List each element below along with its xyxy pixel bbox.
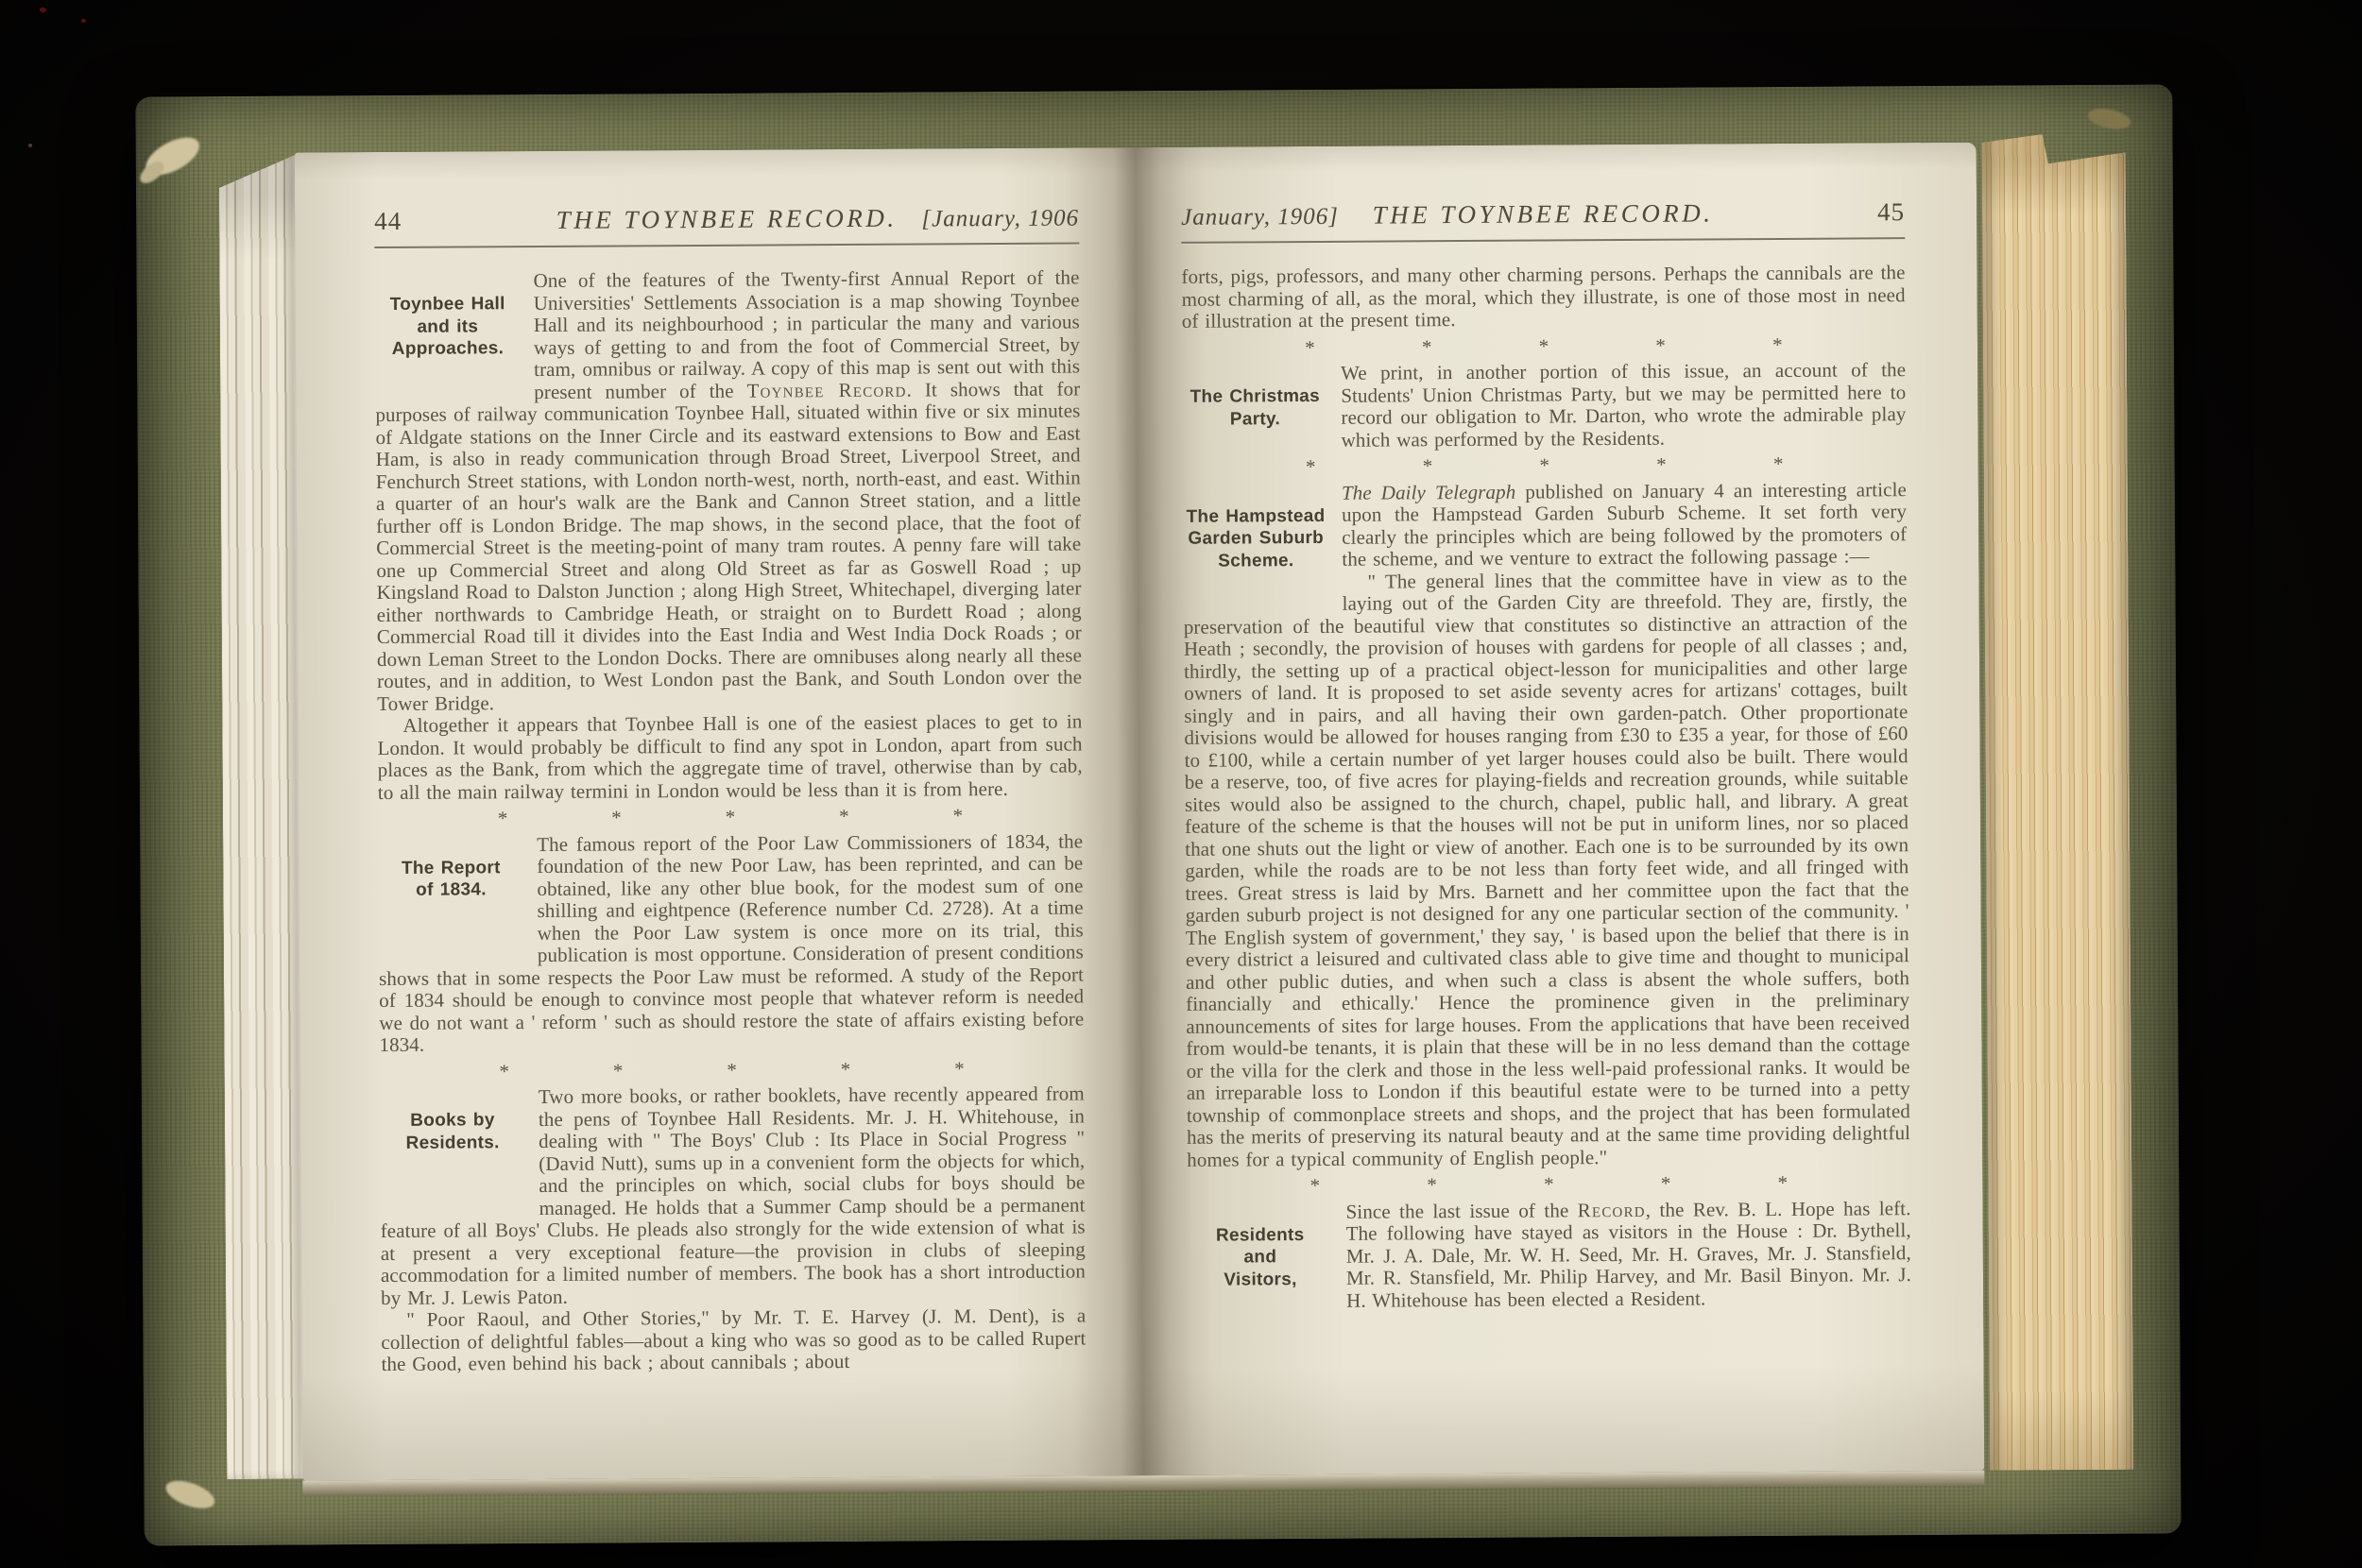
asterisk: * [1773,453,1784,476]
asterisk: * [726,807,736,829]
page-45: January, 1906] THE TOYNBEE RECORD. 45 fo… [1181,143,1913,1475]
asterisk: * [498,808,508,830]
paragraph-quote: " The general lines that the committee h… [1183,568,1910,1171]
page-44: 44 THE TOYNBEE RECORD. [January, 1906 To… [374,148,1087,1481]
asterisk: * [952,805,963,827]
asterisk: * [839,806,849,828]
sidenote-toynbee-hall-approaches: Toynbee Hall and its Approaches. [374,270,521,383]
asterisk: * [1661,1173,1671,1196]
page-body: Toynbee Hall and its Approaches. One of … [374,266,1086,1375]
page-edges-left-stack [219,155,305,1479]
paragraph: Altogether it appears that Toynbee Hall … [377,710,1083,804]
issue-date: January, 1906] [1181,204,1339,231]
open-book: 44 THE TOYNBEE RECORD. [January, 1906 To… [135,84,2181,1545]
page-header: January, 1906] THE TOYNBEE RECORD. 45 [1181,143,1906,232]
dust-speck [81,19,86,23]
asterisk: * [1427,1174,1437,1197]
asterisk: * [1305,336,1315,359]
asterisk-separator: ***** [1310,1172,1789,1198]
asterisk: * [1772,333,1783,356]
asterisk: * [1306,456,1316,479]
asterisk: * [613,1060,624,1082]
sidenote-hampstead-garden-suburb: The Hampstead Garden Suburb Scheme. [1183,482,1329,594]
asterisk: * [1310,1175,1321,1198]
sidenote-report-of-1834: The Report of 1834. [378,834,524,946]
asterisk: * [499,1061,509,1083]
journal-title: THE TOYNBEE RECORD. [556,204,898,235]
asterisk: * [1539,335,1549,358]
photo-background: 44 THE TOYNBEE RECORD. [January, 1906 To… [0,0,2362,1568]
paragraph-continuation: forts, pigs, professors, and many other … [1181,262,1905,332]
asterisk: * [1423,455,1433,478]
sidenote-residents-and-visitors: Residents and Visitors, [1188,1201,1334,1313]
small-caps-record: Record [1578,1198,1646,1220]
journal-title: THE TOYNBEE RECORD. [1373,198,1714,230]
asterisk: * [1655,334,1666,357]
header-rule [1181,237,1905,244]
dust-speck [28,144,32,147]
sidenote-christmas-party: The Christmas Party. [1182,363,1328,453]
issue-date: [January, 1906 [921,206,1079,233]
page-number: 45 [1877,197,1905,227]
asterisk-separator: ***** [1305,333,1783,359]
header-rule [374,243,1079,249]
asterisk: * [1539,454,1549,477]
fore-edge-page-block [1982,134,2134,1471]
asterisk: * [1777,1172,1788,1195]
asterisk-separator: ***** [499,1058,964,1083]
dust-speck [40,8,46,12]
asterisk: * [954,1058,965,1081]
paragraph-text: . It shows that for purposes of railway … [375,377,1082,715]
open-pages: 44 THE TOYNBEE RECORD. [January, 1906 To… [295,143,1985,1481]
asterisk-separator: ***** [1306,453,1784,479]
asterisk: * [727,1059,737,1082]
worn-corner-top-right [2086,105,2132,132]
asterisk: * [1422,336,1432,359]
sidenote-books-by-residents: Books by Residents. [380,1086,526,1199]
page-number: 44 [374,207,402,236]
asterisk: * [841,1058,851,1081]
asterisk: * [1544,1173,1554,1196]
paragraph-text: Since the last issue of the [1345,1199,1577,1222]
italic-daily-telegraph: The Daily Telegraph [1342,480,1516,503]
paragraph: " Poor Raoul, and Other Stories," by Mr.… [381,1304,1086,1375]
asterisk-separator: ***** [498,805,963,830]
page-body: forts, pigs, professors, and many other … [1181,262,1911,1313]
asterisk: * [611,807,622,829]
small-caps-toynbee-record: Toynbee Record [746,378,906,401]
page-header: 44 THE TOYNBEE RECORD. [January, 1906 [374,148,1080,238]
asterisk: * [1656,454,1667,477]
frayed-corner-bottom-left [163,1475,218,1514]
